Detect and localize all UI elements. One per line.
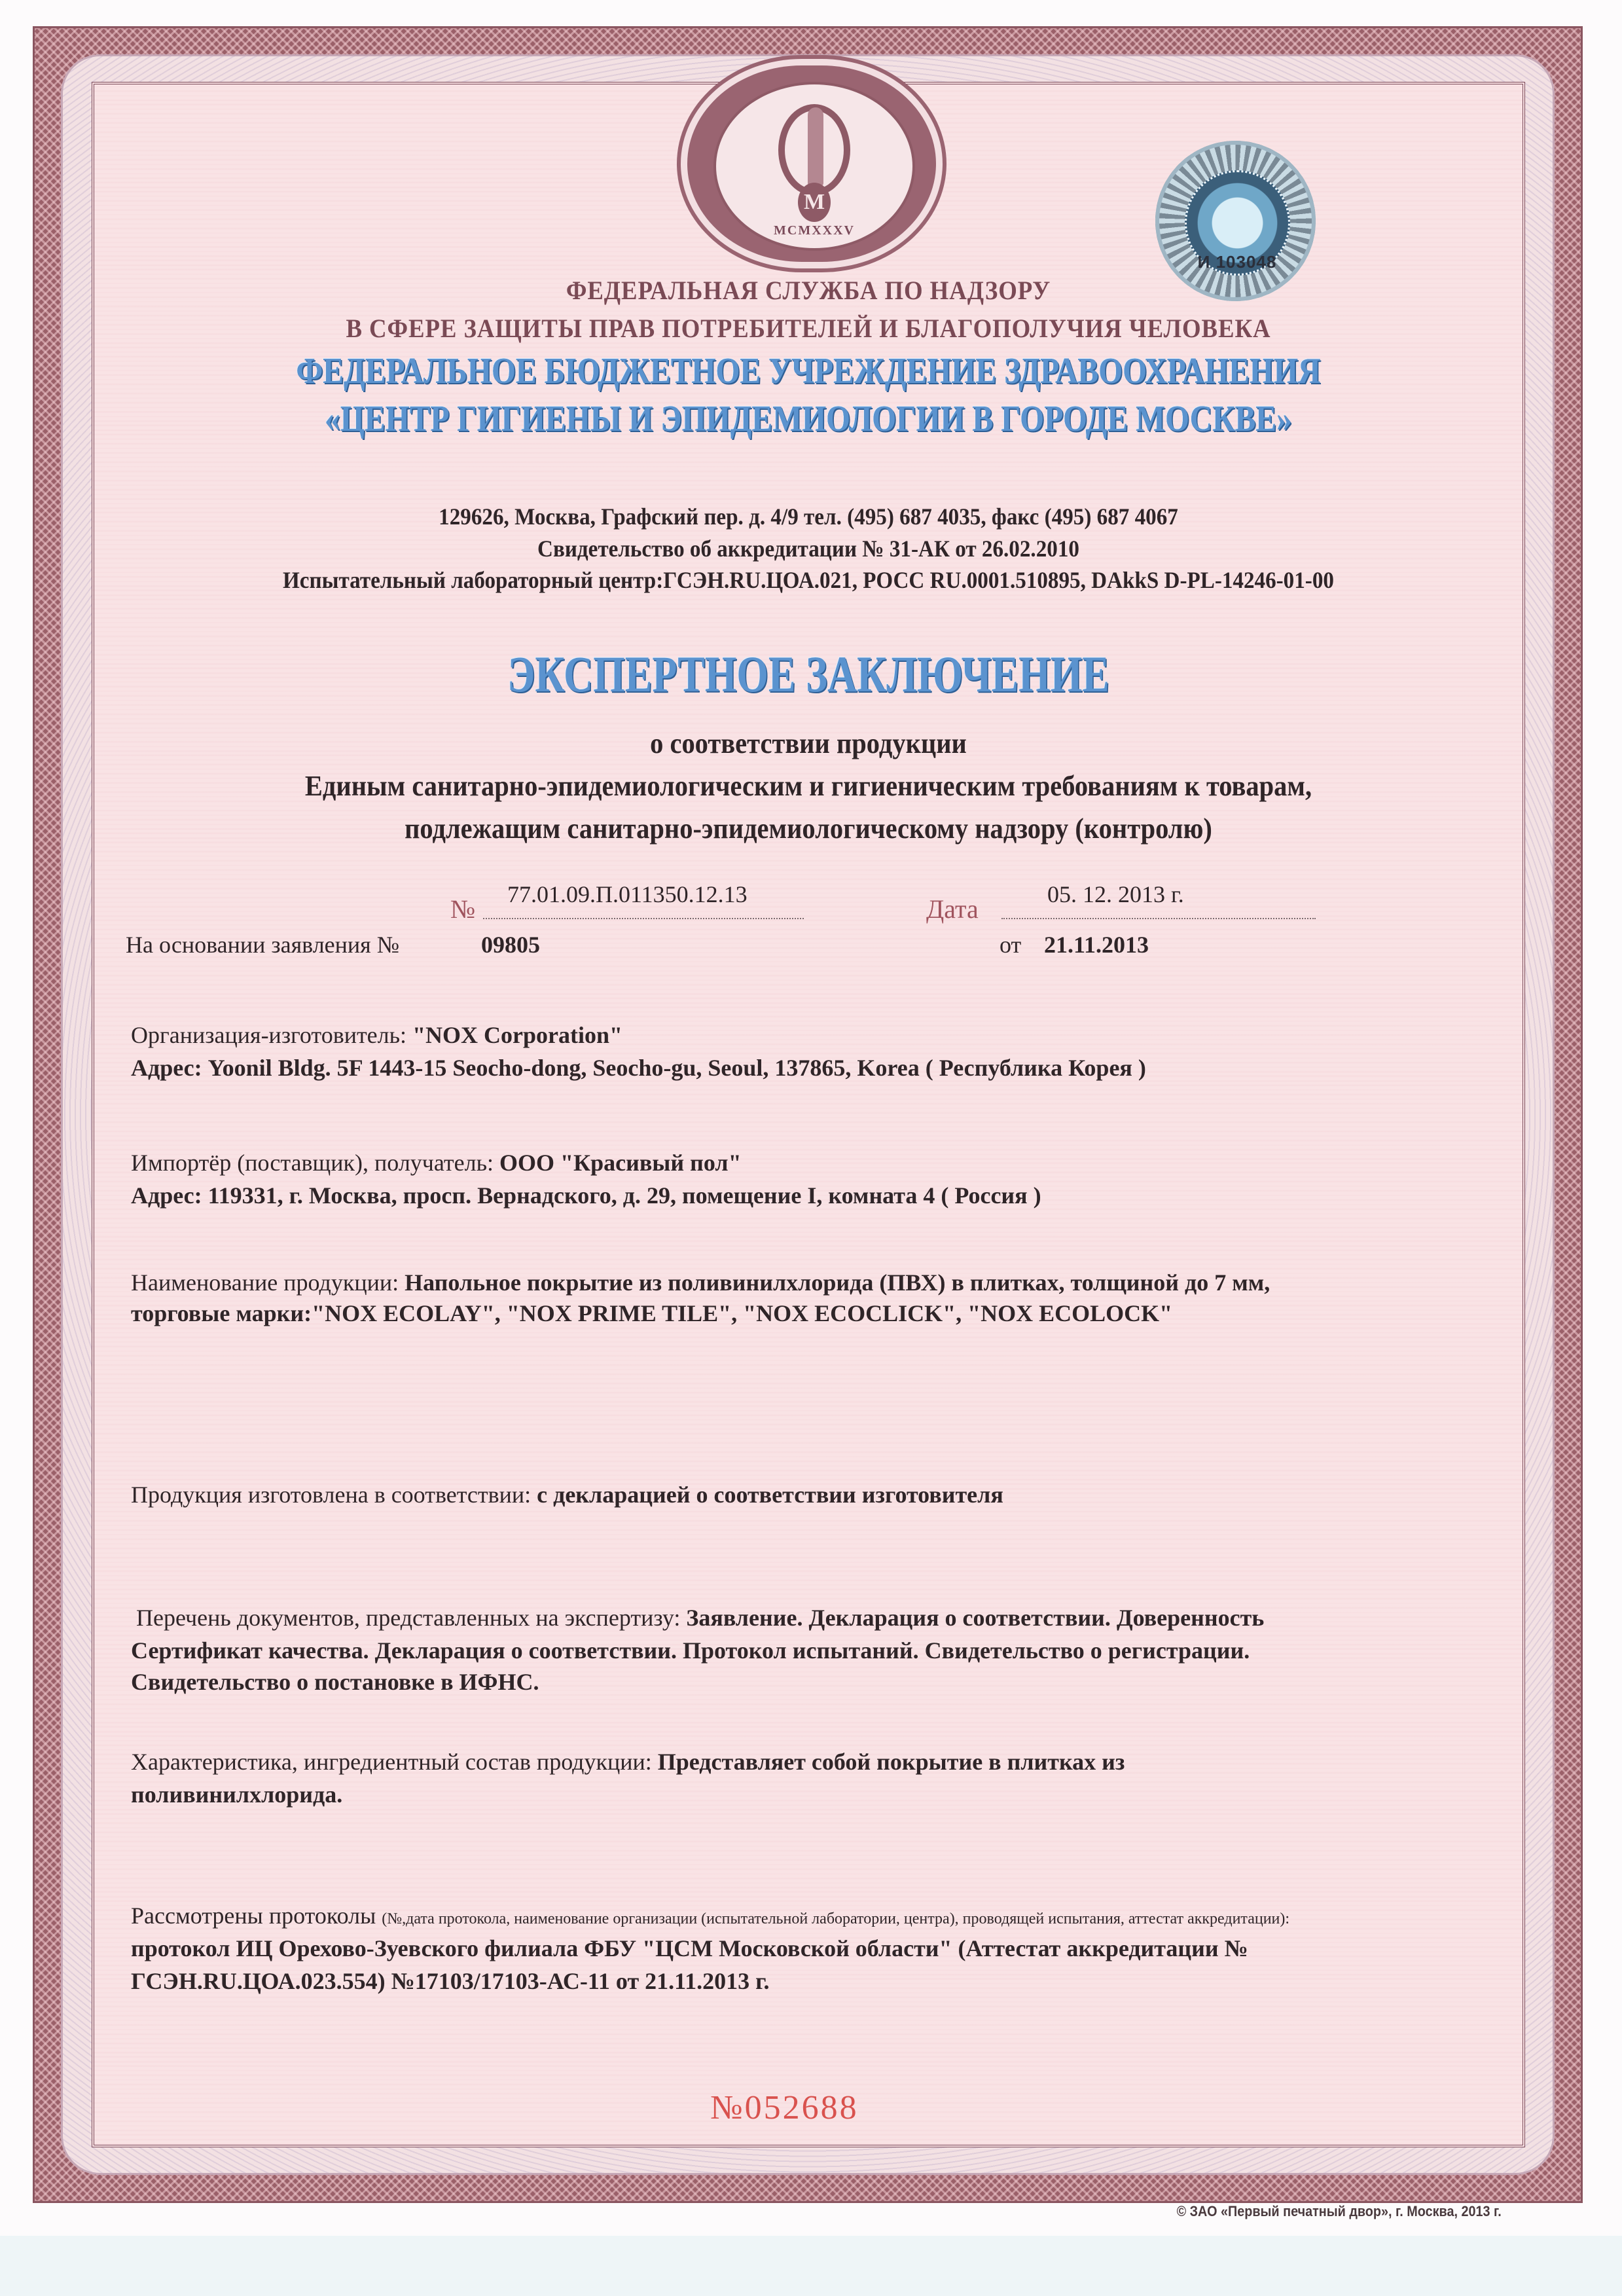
document-title: ЭКСПЕРТНОЕ ЗАКЛЮЧЕНИЕ <box>235 645 1382 704</box>
conformity-row: Продукция изготовлена в соответствии: с … <box>131 1481 1003 1508</box>
protocols-value-1: протокол ИЦ Орехово-Зуевского филиала ФБ… <box>131 1935 1248 1962</box>
documents-value-3: Свидетельство о постановке в ИФНС. <box>131 1668 539 1696</box>
scan-background <box>0 2236 1622 2296</box>
emblem-medallion: M MCMXXXV <box>713 82 915 251</box>
characteristics-row: Характеристика, ингредиентный состав про… <box>131 1748 1125 1776</box>
product-name: Напольное покрытие из поливинилхлорида (… <box>405 1269 1270 1296</box>
protocols-row: Рассмотрены протоколы (№,дата протокола,… <box>131 1902 1289 1929</box>
hygieia-figure-icon <box>778 104 850 196</box>
date-underline <box>1001 918 1316 919</box>
accreditation-certificate: Свидетельство об аккредитации № 31-АК от… <box>149 535 1468 562</box>
hygieia-emblem-icon: M MCMXXXV <box>687 65 936 262</box>
agency-line-1: ФЕДЕРАЛЬНАЯ СЛУЖБА ПО НАДЗОРУ <box>149 275 1468 306</box>
emblem-year: MCMXXXV <box>716 223 912 238</box>
subtitle-line-1: о соответствии продукции <box>149 727 1468 760</box>
application-from-label: от <box>1000 931 1021 958</box>
printer-copyright: © ЗАО «Первый печатный двор», г. Москва,… <box>1177 2203 1502 2220</box>
manufacturer-row: Организация-изготовитель: "NOX Corporati… <box>131 1021 622 1049</box>
protocols-note: (№,дата протокола, наименование организа… <box>382 1910 1289 1927</box>
manufacturer-name: "NOX Corporation" <box>412 1022 622 1048</box>
importer-row: Импортёр (поставщик), получатель: ООО "К… <box>131 1149 742 1176</box>
characteristics-label: Характеристика, ингредиентный состав про… <box>131 1749 652 1775</box>
protocols-value-2: ГСЭН.RU.ЦОА.023.554) №17103/17103-АС-11 … <box>131 1967 769 1995</box>
emblem-letter: M <box>798 183 831 222</box>
institution-line-1: ФЕДЕРАЛЬНОЕ БЮДЖЕТНОЕ УЧРЕЖДЕНИЕ ЗДРАВОО… <box>199 350 1418 392</box>
product-trademarks: торговые марки:"NOX ECOLAY", "NOX PRIME … <box>131 1300 1172 1327</box>
conformity-value: с декларацией о соответствии изготовител… <box>537 1482 1003 1508</box>
hologram-number: И 103048 <box>1185 252 1289 272</box>
blank-serial-number: №052688 <box>710 2088 859 2127</box>
importer-label: Импортёр (поставщик), получатель: <box>131 1150 494 1176</box>
documents-label: Перечень документов, представленных на э… <box>136 1605 680 1631</box>
application-date: 21.11.2013 <box>1044 931 1149 958</box>
product-row: Наименование продукции: Напольное покрыт… <box>131 1269 1270 1296</box>
importer-address: Адрес: 119331, г. Москва, просп. Вернадс… <box>131 1182 1041 1209</box>
institution-line-2: «ЦЕНТР ГИГИЕНЫ И ЭПИДЕМИОЛОГИИ В ГОРОДЕ … <box>199 398 1418 440</box>
conformity-label: Продукция изготовлена в соответствии: <box>131 1482 531 1508</box>
subtitle-line-3: подлежащим санитарно-эпидемиологическому… <box>149 812 1468 845</box>
date-label: Дата <box>926 894 979 924</box>
number-underline <box>483 918 804 919</box>
characteristics-value-2: поливинилхлорида. <box>131 1781 342 1808</box>
manufacturer-label: Организация-изготовитель: <box>131 1022 406 1048</box>
number-label: № <box>450 894 475 924</box>
conclusion-number: 77.01.09.П.011350.12.13 <box>507 881 748 908</box>
documents-row: Перечень документов, представленных на э… <box>136 1604 1264 1631</box>
product-label: Наименование продукции: <box>131 1269 399 1296</box>
subtitle-line-2: Единым санитарно-эпидемиологическим и ги… <box>149 769 1468 803</box>
documents-value-1: Заявление. Декларация о соответствии. До… <box>686 1605 1264 1631</box>
importer-name: ООО "Красивый пол" <box>499 1150 742 1176</box>
agency-line-2: В СФЕРЕ ЗАЩИТЫ ПРАВ ПОТРЕБИТЕЛЕЙ И БЛАГО… <box>149 313 1468 344</box>
institution-address: 129626, Москва, Графский пер. д. 4/9 тел… <box>149 503 1468 530</box>
characteristics-value-1: Представляет собой покрытие в плитках из <box>658 1749 1125 1775</box>
manufacturer-address: Адрес: Yoonil Bldg. 5F 1443-15 Seocho-do… <box>131 1054 1146 1082</box>
application-number: 09805 <box>481 931 540 958</box>
lab-center: Испытательный лабораторный центр:ГСЭН.RU… <box>149 566 1468 594</box>
conclusion-date: 05. 12. 2013 г. <box>1047 881 1184 908</box>
documents-value-2: Сертификат качества. Декларация о соотве… <box>131 1637 1250 1664</box>
protocols-label: Рассмотрены протоколы <box>131 1903 376 1929</box>
application-label: На основании заявления № <box>126 931 399 958</box>
